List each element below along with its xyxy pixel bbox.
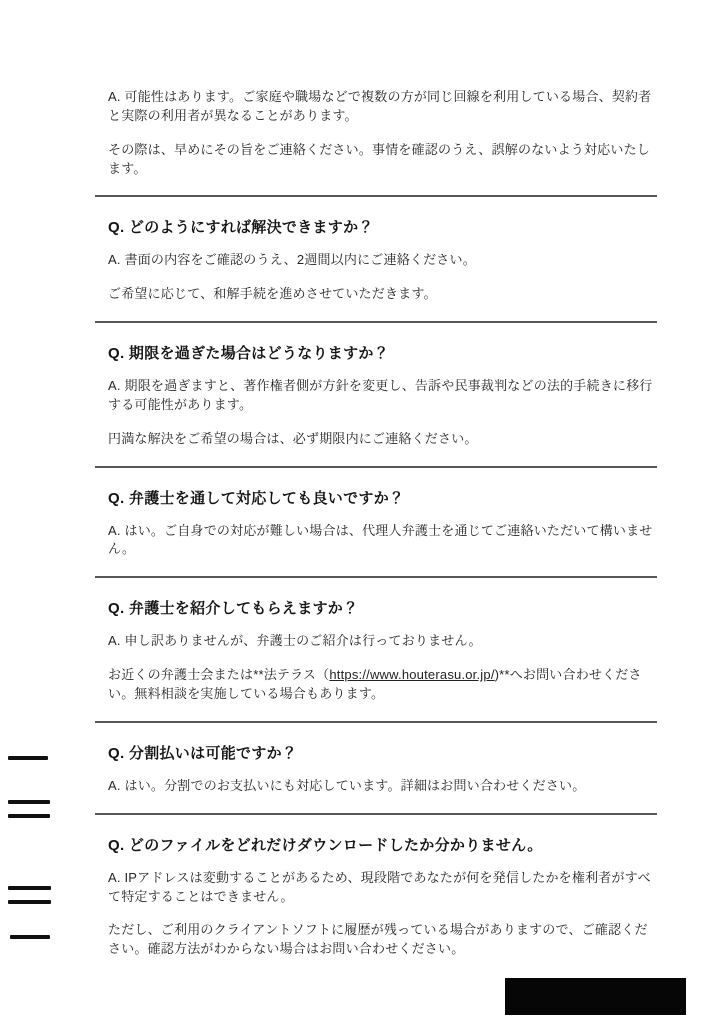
answer-text: A. はい。分割でのお支払いにも対応しています。詳細はお問い合わせください。 [108,777,660,796]
answer-text: A. 可能性はあります。ご家庭や職場などで複数の方が同じ回線を利用している場合、… [108,88,660,126]
houterasu-link[interactable]: https://www.houterasu.or.jp/ [329,667,494,682]
binding-mark [8,800,50,804]
question-heading: Q. 分割払いは可能ですか？ [108,742,660,763]
answer-text: A. はい。ご自身での対応が難しい場合は、代理人弁護士を通じてご連絡いただいて構… [108,522,660,560]
answer-text: ご希望に応じて、和解手続を進めさせていただきます。 [108,285,660,304]
faq-item: Q. 分割払いは可能ですか？ A. はい。分割でのお支払いにも対応しています。詳… [108,742,660,796]
section-divider [95,321,657,323]
section-divider [95,466,657,468]
binding-mark [8,900,51,904]
binding-mark [10,935,50,939]
question-heading: Q. 期限を過ぎた場合はどうなりますか？ [108,342,660,363]
question-heading: Q. 弁護士を通して対応しても良いですか？ [108,487,660,508]
section-divider [95,195,657,197]
section-divider [95,576,657,578]
faq-item: Q. 期限を過ぎた場合はどうなりますか？ A. 期限を過ぎますと、著作権者側が方… [108,342,660,449]
answer-text: A. 書面の内容をご確認のうえ、2週間以内にご連絡ください。 [108,251,660,270]
redaction-box [505,978,686,1015]
answer-text: A. 期限を過ぎますと、著作権者側が方針を変更し、告訴や民事裁判などの法的手続き… [108,377,660,415]
faq-item: Q. 弁護士を通して対応しても良いですか？ A. はい。ご自身での対応が難しい場… [108,487,660,560]
binding-mark [8,814,50,818]
answer-text: その際は、早めにその旨をご連絡ください。事情を確認のうえ、誤解のないよう対応いた… [108,141,660,179]
question-heading: Q. 弁護士を紹介してもらえますか？ [108,597,660,618]
faq-item: Q. どのようにすれば解決できますか？ A. 書面の内容をご確認のうえ、2週間以… [108,216,660,304]
answer-text: ただし、ご利用のクライアントソフトに履歴が残っている場合がありますので、ご確認く… [108,921,660,959]
answer-text: A. 申し訳ありませんが、弁護士のご紹介は行っておりません。 [108,632,660,651]
question-heading: Q. どのようにすれば解決できますか？ [108,216,660,237]
binding-mark [8,886,51,890]
section-divider [95,813,657,815]
faq-item: Q. どのファイルをどれだけダウンロードしたか分かりません。 A. IPアドレス… [108,834,660,959]
faq-item: Q. 弁護士を紹介してもらえますか？ A. 申し訳ありませんが、弁護士のご紹介は… [108,597,660,704]
answer-text: 円満な解決をご希望の場合は、必ず期限内にご連絡ください。 [108,430,660,449]
scanned-faq-page: A. 可能性はあります。ご家庭や職場などで複数の方が同じ回線を利用している場合、… [0,0,724,1024]
faq-content: A. 可能性はあります。ご家庭や職場などで複数の方が同じ回線を利用している場合、… [108,88,660,974]
link-paragraph-prefix: お近くの弁護士会または**法テラス（ [108,667,329,682]
answer-text-with-link: お近くの弁護士会または**法テラス（https://www.houterasu.… [108,666,660,704]
section-divider [95,721,657,723]
question-heading: Q. どのファイルをどれだけダウンロードしたか分かりません。 [108,834,660,855]
binding-mark [8,756,48,760]
answer-text: A. IPアドレスは変動することがあるため、現段階であなたが何を発信したかを権利… [108,869,660,907]
